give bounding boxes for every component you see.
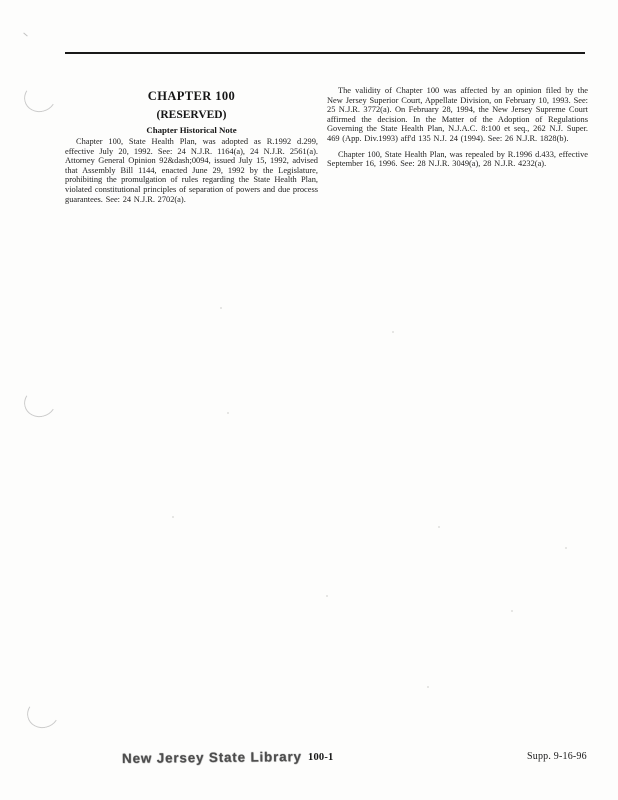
- scan-speck: [326, 595, 328, 597]
- historical-note-paragraph: Chapter 100, State Health Plan, was adop…: [65, 137, 318, 204]
- scan-speck: [172, 516, 174, 518]
- scan-artifact-curl-top: [21, 80, 59, 116]
- scan-speck: [511, 610, 513, 612]
- repeal-paragraph: Chapter 100, State Health Plan, was repe…: [327, 150, 588, 169]
- scan-speck: [427, 686, 429, 688]
- supplement-date: Supp. 9-16-96: [527, 751, 587, 762]
- document-page: CHAPTER 100 (RESERVED) Chapter Historica…: [0, 0, 618, 800]
- scan-speck: [227, 412, 229, 414]
- scan-speck: [565, 547, 567, 549]
- scan-speck: [220, 307, 222, 309]
- scan-artifact-curl-bottom: [24, 696, 62, 732]
- validity-paragraph: The validity of Chapter 100 was affected…: [327, 86, 588, 144]
- scan-speck: [392, 331, 394, 333]
- page-number: 100-1: [308, 752, 334, 763]
- right-column: The validity of Chapter 100 was affected…: [327, 86, 588, 169]
- scan-artifact-curl-middle: [21, 385, 59, 421]
- chapter-heading: CHAPTER 100: [65, 90, 318, 103]
- scan-artifact-tick: [23, 33, 27, 37]
- left-column: CHAPTER 100 (RESERVED) Chapter Historica…: [65, 90, 318, 204]
- reserved-label: (RESERVED): [65, 109, 318, 121]
- historical-note-heading: Chapter Historical Note: [65, 126, 318, 135]
- header-rule: [65, 52, 585, 54]
- scan-speck: [438, 526, 440, 528]
- library-stamp: New Jersey State Library: [122, 749, 302, 766]
